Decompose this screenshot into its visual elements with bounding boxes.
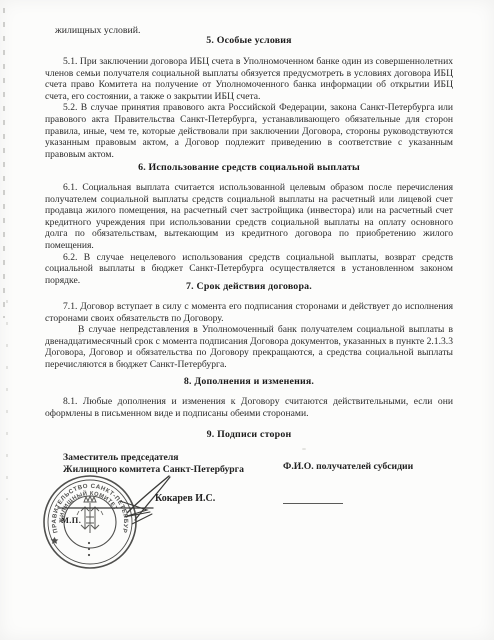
paragraph-8-1: 8.1. Любые дополнения и изменения к Дого… — [45, 396, 453, 419]
paragraph-5-1: 5.1. При заключении договора ИБЦ счета в… — [45, 56, 453, 102]
section-7-title: 7. Срок действия договора. — [45, 281, 453, 292]
section-5-title: 5. Особые условия — [45, 35, 453, 46]
paragraph-7-1: 7.1. Договор вступает в силу с момента е… — [45, 301, 453, 324]
section-8-title: 8. Дополнения и изменения. — [45, 376, 453, 387]
section-5-body: 5.1. При заключении договора ИБЦ счета в… — [45, 56, 453, 160]
scan-edge-artifact — [3, 8, 5, 318]
signatory-label-right: Ф.И.О. получателей субсидии — [283, 461, 463, 472]
paragraph-6-1: 6.1. Социальная выплата считается исполь… — [45, 182, 453, 252]
paragraph-5-2: 5.2. В случае принятия правового акта Ро… — [45, 102, 453, 160]
section-7-body: 7.1. Договор вступает в силу с момента е… — [45, 301, 453, 371]
scanned-contract-page: жилищных условий. 5. Особые условия 5.1.… — [0, 0, 494, 640]
signatory-name: Кокарев И.С. — [155, 493, 215, 504]
scan-speck — [302, 448, 306, 450]
signature-line-right — [283, 496, 343, 504]
handwritten-signature — [40, 440, 260, 540]
section-9-title: 9. Подписи сторон — [45, 429, 453, 440]
section-8-body: 8.1. Любые дополнения и изменения к Дого… — [45, 396, 453, 419]
section-6-body: 6.1. Социальная выплата считается исполь… — [45, 182, 453, 286]
section-6-title: 6. Использование средств социальной выпл… — [45, 162, 453, 173]
scan-edge-artifact-2 — [6, 300, 8, 500]
paragraph-7-2: В случае непредставления в Уполномоченны… — [45, 324, 453, 370]
